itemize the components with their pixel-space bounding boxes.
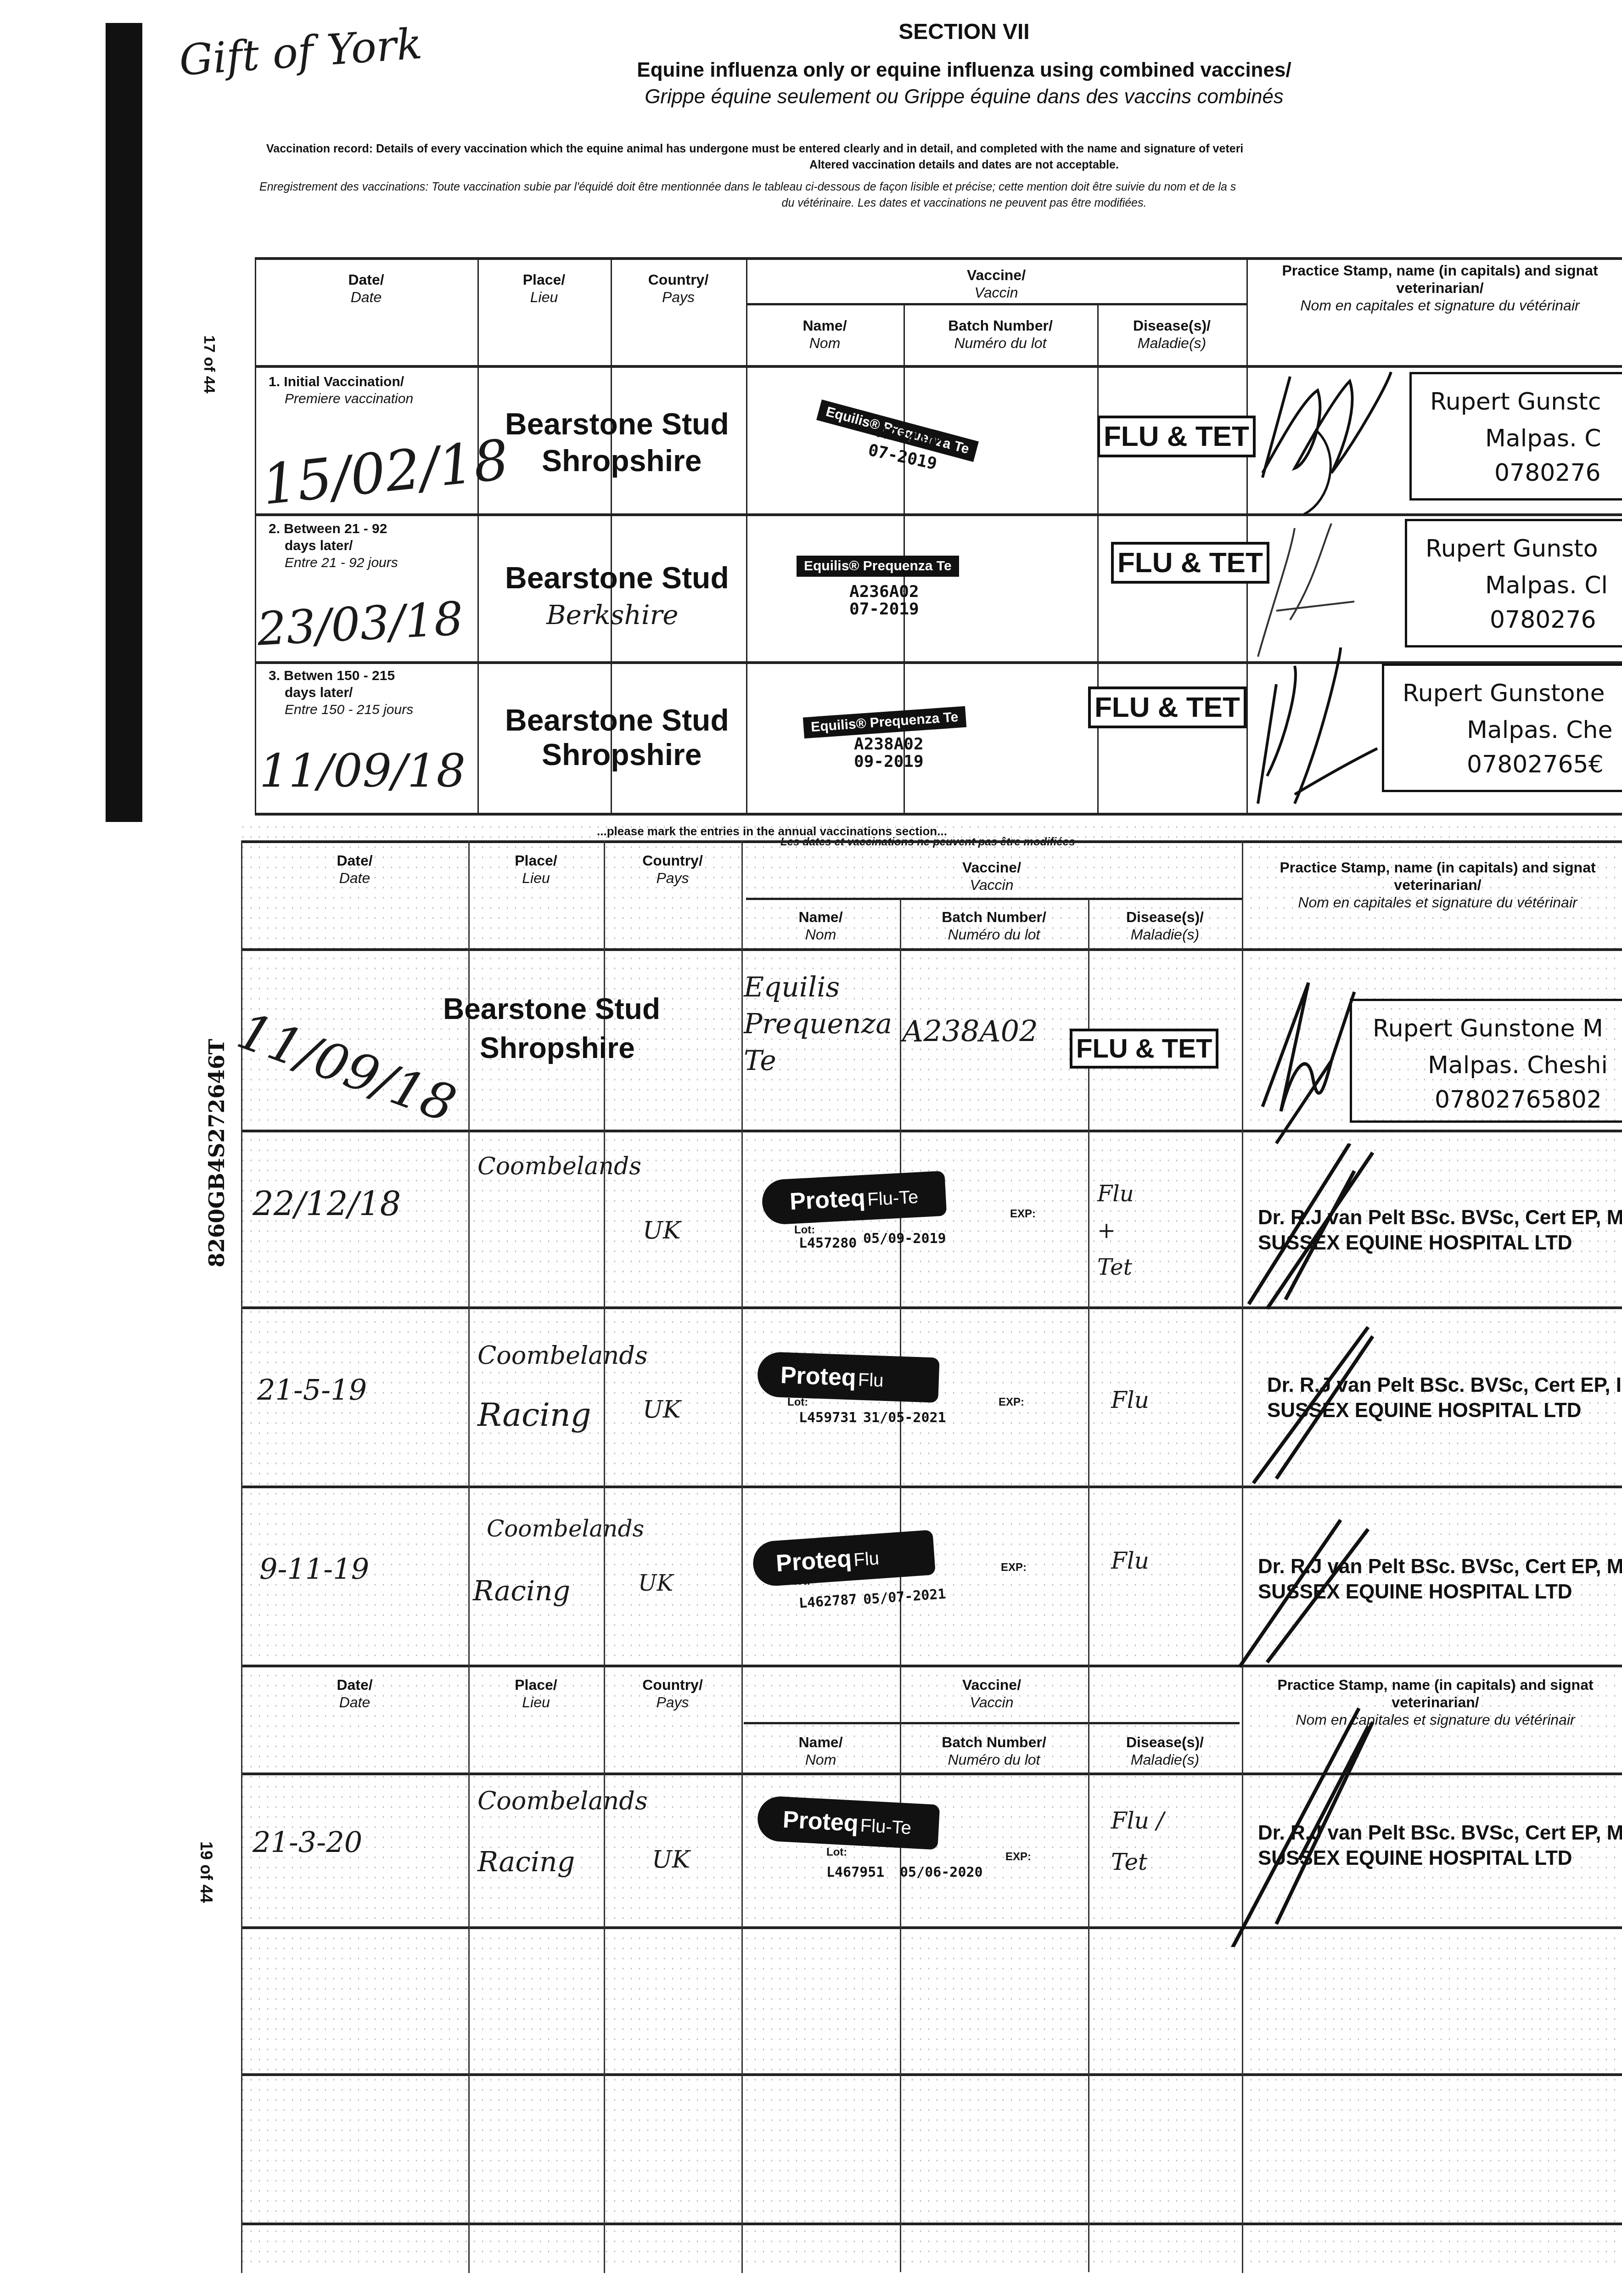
header-country-3: Country/Pays	[604, 1676, 741, 1711]
header-date: Date/Date	[255, 271, 477, 306]
header-practice-stamp: Practice Stamp, name (in capitals) and s…	[1258, 262, 1622, 314]
instructions-fr: Enregistrement des vaccinations: Toute v…	[259, 180, 1622, 194]
handwritten-note: Gift of York	[178, 19, 424, 85]
header-batch-2: Batch Number/Numéro du lot	[900, 908, 1088, 943]
header-batch: Batch Number/Numéro du lot	[904, 317, 1097, 352]
vet-signature-icon	[1240, 960, 1359, 1153]
form-title-fr: Grippe équine seulement ou Grippe équine…	[551, 85, 1377, 108]
header-date-3: Date/Date	[241, 1676, 468, 1711]
header-country: Country/Pays	[611, 271, 746, 306]
proteq-vaccine-sticker: Proteq Flu-Te	[761, 1171, 947, 1226]
header-practice-stamp-2: Practice Stamp, name (in capitals) and s…	[1253, 859, 1622, 911]
header-disease-3: Disease(s)/Maladie(s)	[1088, 1733, 1242, 1768]
vet-signature-icon	[1221, 1143, 1414, 1947]
scan-shadow-bar	[106, 23, 142, 822]
header-name-2: Name/Nom	[741, 908, 900, 943]
header-name: Name/Nom	[746, 317, 904, 352]
page-number-bottom: 19 of 44	[196, 1841, 216, 1903]
instructions-en: Vaccination record: Details of every vac…	[266, 142, 1622, 156]
vet-practice-stamp: Rupert Gunstc Malpas. C 0780276	[1409, 372, 1622, 501]
vet-signature-icon	[1249, 363, 1405, 822]
header-vaccine-2: Vaccine/Vaccin	[741, 859, 1242, 894]
disease-stamp: FLU & TET	[1097, 416, 1256, 457]
header-date-2: Date/Date	[241, 852, 468, 887]
header-disease: Disease(s)/Maladie(s)	[1097, 317, 1246, 352]
form-title-en: Equine influenza only or equine influenz…	[551, 59, 1377, 82]
header-place-3: Place/Lieu	[468, 1676, 604, 1711]
instructions-fr-2: du vétérinaire. Les dates et vaccination…	[643, 197, 1285, 210]
header-place-2: Place/Lieu	[468, 852, 604, 887]
header-vaccine: Vaccine/Vaccin	[746, 266, 1246, 301]
header-batch-3: Batch Number/Numéro du lot	[900, 1733, 1088, 1768]
passport-number: 8260GB4S272646T	[204, 1039, 229, 1267]
header-name-3: Name/Nom	[741, 1733, 900, 1768]
date-handwritten: 15/02/18	[259, 428, 512, 518]
header-place: Place/Lieu	[477, 271, 611, 306]
section-title: SECTION VII	[826, 19, 1102, 45]
header-disease-2: Disease(s)/Maladie(s)	[1088, 908, 1242, 943]
instructions-en-2: Altered vaccination details and dates ar…	[689, 158, 1240, 172]
header-country-2: Country/Pays	[604, 852, 741, 887]
page-number-top: 17 of 44	[200, 335, 218, 394]
header-vaccine-3: Vaccine/Vaccin	[741, 1676, 1242, 1711]
